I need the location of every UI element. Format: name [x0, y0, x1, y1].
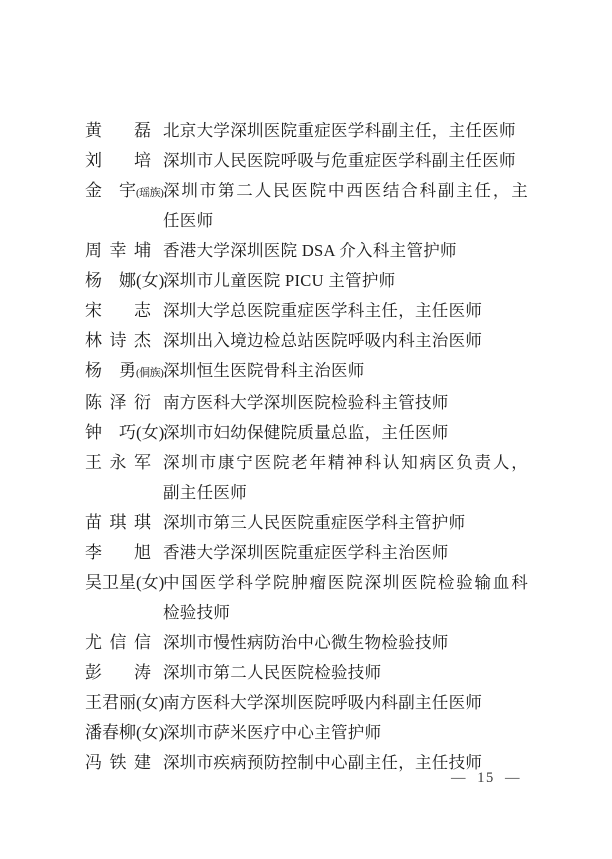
person-title: 深圳市妇幼保健院质量总监，主任医师: [163, 418, 528, 448]
name-annotation: (女): [136, 423, 164, 442]
person-name-text: 林诗杰: [85, 326, 151, 356]
person-name-text: 陈泽衍: [85, 388, 151, 418]
person-name: 彭涛: [85, 658, 163, 688]
title-line: 深圳市妇幼保健院质量总监，主任医师: [163, 418, 528, 448]
person-title: 北京大学深圳医院重症医学科副主任，主任医师: [163, 116, 528, 146]
person-title: 深圳市慢性病防治中心微生物检验技师: [163, 628, 528, 658]
title-line: 检验技师: [163, 598, 528, 628]
title-line: 深圳恒生医院骨科主治医师: [163, 356, 528, 386]
person-name-text: 李旭: [85, 538, 151, 568]
person-name: 陈泽衍: [85, 388, 163, 418]
person-name-text: 黄磊: [85, 116, 151, 146]
list-item: 苗琪琪 深圳市第三人民医院重症医学科主管护师: [85, 508, 528, 538]
award-list: 黄磊 北京大学深圳医院重症医学科副主任，主任医师 刘培 深圳市人民医院呼吸与危重…: [85, 116, 528, 778]
person-name: 宋志: [85, 296, 163, 326]
title-line: 南方医科大学深圳医院检验科主管技师: [163, 388, 528, 418]
title-line: 深圳市第三人民医院重症医学科主管护师: [163, 508, 528, 538]
person-title: 中国医学科学院肿瘤医院深圳医院检验输血科检验技师: [163, 568, 528, 628]
title-line: 深圳出入境边检总站医院呼吸内科主治医师: [163, 326, 528, 356]
person-name-text: 王永军: [85, 448, 151, 478]
person-title: 深圳市第二人民医院检验技师: [163, 658, 528, 688]
person-title: 深圳市第二人民医院中西医结合科副主任，主任医师: [163, 176, 528, 236]
list-item: 金宇(瑶族) 深圳市第二人民医院中西医结合科副主任，主任医师: [85, 176, 528, 236]
list-item: 杨勇(侗族) 深圳恒生医院骨科主治医师: [85, 356, 528, 388]
list-item: 周幸埔 香港大学深圳医院 DSA 介入科主管护师: [85, 236, 528, 266]
list-item: 李旭 香港大学深圳医院重症医学科主治医师: [85, 538, 528, 568]
person-name-text: 王君丽: [85, 688, 136, 718]
person-name-text: 金宇: [85, 176, 136, 206]
title-line: 深圳市人民医院呼吸与危重症医学科副主任医师: [163, 146, 528, 176]
person-title: 深圳市康宁医院老年精神科认知病区负责人，副主任医师: [163, 448, 528, 508]
person-name: 尤信信: [85, 628, 163, 658]
document-page: 黄磊 北京大学深圳医院重症医学科副主任，主任医师 刘培 深圳市人民医院呼吸与危重…: [0, 0, 612, 859]
title-line: 深圳大学总医院重症医学科主任，主任医师: [163, 296, 528, 326]
person-name-text: 冯铁建: [85, 748, 151, 778]
person-name-text: 钟巧: [85, 418, 136, 448]
person-name: 林诗杰: [85, 326, 163, 356]
title-line: 北京大学深圳医院重症医学科副主任，主任医师: [163, 116, 528, 146]
title-line: 深圳市儿童医院 PICU 主管护师: [163, 266, 528, 296]
person-title: 深圳大学总医院重症医学科主任，主任医师: [163, 296, 528, 326]
person-name: 吴卫星(女): [85, 568, 163, 598]
person-name: 冯铁建: [85, 748, 163, 778]
person-name: 金宇(瑶族): [85, 176, 163, 208]
title-line: 深圳市萨米医疗中心主管护师: [163, 718, 528, 748]
person-name: 王君丽(女): [85, 688, 163, 718]
person-name-text: 杨勇: [85, 356, 136, 386]
list-item: 陈泽衍 南方医科大学深圳医院检验科主管技师: [85, 388, 528, 418]
name-annotation: (女): [136, 271, 164, 290]
person-title: 深圳市儿童医院 PICU 主管护师: [163, 266, 528, 296]
list-item: 宋志 深圳大学总医院重症医学科主任，主任医师: [85, 296, 528, 326]
person-name-text: 尤信信: [85, 628, 151, 658]
person-title: 香港大学深圳医院重症医学科主治医师: [163, 538, 528, 568]
list-item: 潘春柳(女) 深圳市萨米医疗中心主管护师: [85, 718, 528, 748]
person-name-text: 苗琪琪: [85, 508, 151, 538]
list-item: 吴卫星(女) 中国医学科学院肿瘤医院深圳医院检验输血科检验技师: [85, 568, 528, 628]
person-name-text: 周幸埔: [85, 236, 151, 266]
title-line: 中国医学科学院肿瘤医院深圳医院检验输血科: [163, 568, 528, 598]
list-item: 林诗杰 深圳出入境边检总站医院呼吸内科主治医师: [85, 326, 528, 356]
person-name: 钟巧(女): [85, 418, 163, 448]
list-item: 王永军 深圳市康宁医院老年精神科认知病区负责人，副主任医师: [85, 448, 528, 508]
person-name: 杨勇(侗族): [85, 356, 163, 388]
title-line: 深圳市慢性病防治中心微生物检验技师: [163, 628, 528, 658]
list-item: 刘培 深圳市人民医院呼吸与危重症医学科副主任医师: [85, 146, 528, 176]
list-item: 彭涛 深圳市第二人民医院检验技师: [85, 658, 528, 688]
person-name: 周幸埔: [85, 236, 163, 266]
list-item: 钟巧(女) 深圳市妇幼保健院质量总监，主任医师: [85, 418, 528, 448]
name-annotation: (女): [136, 723, 164, 742]
person-name: 刘培: [85, 146, 163, 176]
name-annotation: (女): [136, 693, 164, 712]
person-name: 李旭: [85, 538, 163, 568]
person-title: 南方医科大学深圳医院检验科主管技师: [163, 388, 528, 418]
title-line: 香港大学深圳医院 DSA 介入科主管护师: [163, 236, 528, 266]
person-name: 黄磊: [85, 116, 163, 146]
person-title: 南方医科大学深圳医院呼吸内科副主任医师: [163, 688, 528, 718]
person-title: 深圳市人民医院呼吸与危重症医学科副主任医师: [163, 146, 528, 176]
title-line: 深圳市第二人民医院中西医结合科副主任，主: [163, 176, 528, 206]
person-name: 杨娜(女): [85, 266, 163, 296]
person-title: 深圳出入境边检总站医院呼吸内科主治医师: [163, 326, 528, 356]
person-name-text: 宋志: [85, 296, 151, 326]
list-item: 尤信信 深圳市慢性病防治中心微生物检验技师: [85, 628, 528, 658]
list-item: 黄磊 北京大学深圳医院重症医学科副主任，主任医师: [85, 116, 528, 146]
person-name: 潘春柳(女): [85, 718, 163, 748]
person-name-text: 刘培: [85, 146, 151, 176]
title-line: 任医师: [163, 206, 528, 236]
page-number: — 15 —: [451, 770, 521, 787]
list-item: 杨娜(女) 深圳市儿童医院 PICU 主管护师: [85, 266, 528, 296]
person-title: 深圳恒生医院骨科主治医师: [163, 356, 528, 386]
person-title: 深圳市第三人民医院重症医学科主管护师: [163, 508, 528, 538]
person-name-text: 潘春柳: [85, 718, 136, 748]
person-name-text: 杨娜: [85, 266, 136, 296]
person-name-text: 吴卫星: [85, 568, 136, 598]
title-line: 南方医科大学深圳医院呼吸内科副主任医师: [163, 688, 528, 718]
name-annotation: (侗族): [136, 367, 163, 379]
title-line: 副主任医师: [163, 478, 528, 508]
person-name: 苗琪琪: [85, 508, 163, 538]
name-annotation: (瑶族): [136, 187, 163, 199]
list-item: 王君丽(女) 南方医科大学深圳医院呼吸内科副主任医师: [85, 688, 528, 718]
person-name-text: 彭涛: [85, 658, 151, 688]
name-annotation: (女): [136, 573, 164, 592]
person-title: 香港大学深圳医院 DSA 介入科主管护师: [163, 236, 528, 266]
title-line: 深圳市第二人民医院检验技师: [163, 658, 528, 688]
person-name: 王永军: [85, 448, 163, 478]
person-title: 深圳市萨米医疗中心主管护师: [163, 718, 528, 748]
title-line: 香港大学深圳医院重症医学科主治医师: [163, 538, 528, 568]
title-line: 深圳市康宁医院老年精神科认知病区负责人，: [163, 448, 528, 478]
